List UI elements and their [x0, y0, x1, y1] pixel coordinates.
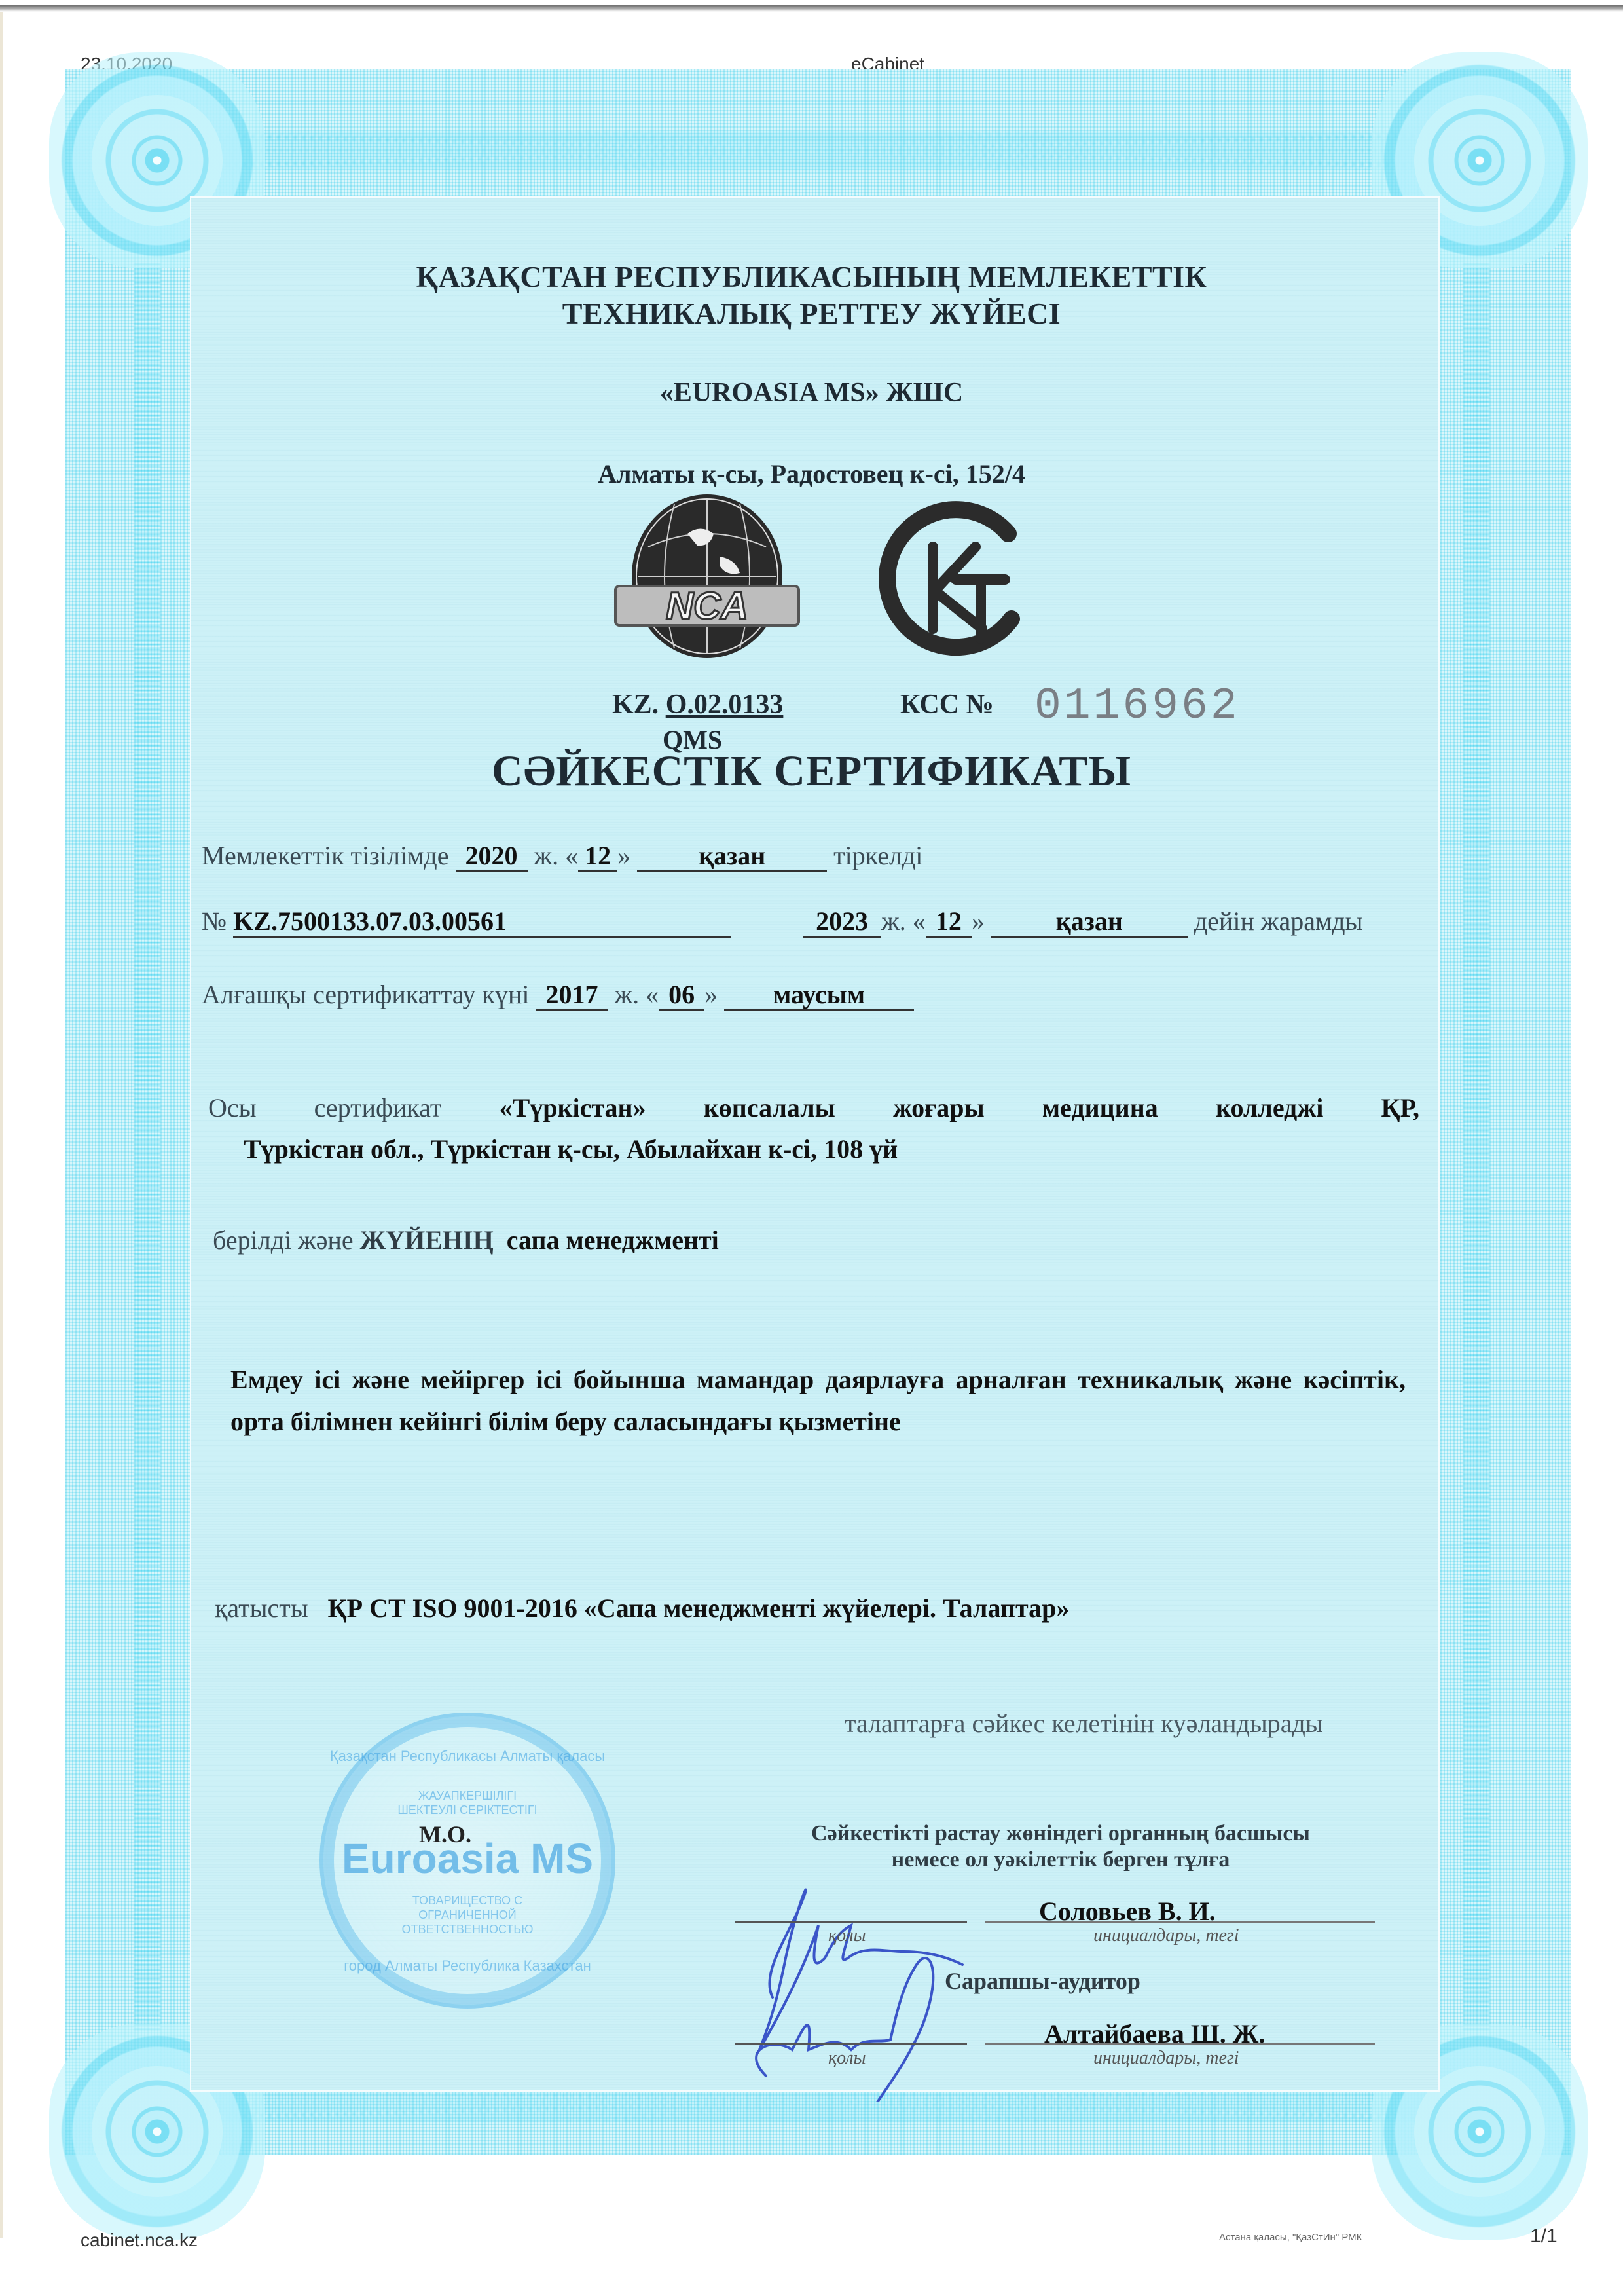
holder-address: Түркістан обл., Түркістан қ-сы, Абылайха… [244, 1128, 898, 1170]
auditor-title: Сарапшы-аудитор [945, 1968, 1140, 1994]
signature-caption: қолы [828, 1925, 866, 1946]
footer-printer: Астана қаласы, "ҚазСтИн" РМК [1219, 2232, 1362, 2243]
stamp-kz-text: ЖАУАПКЕРШІЛІГІ ШЕКТЕУЛІ СЕРІКТЕСТІГІ [323, 1788, 611, 1817]
registration-year: 2020 [456, 843, 528, 872]
name-caption: инициалдары, тегі [1093, 2048, 1239, 2069]
validity-year: 2023 [803, 908, 881, 938]
conformity-statement: талаптарға сәйкес келетінін куәландырады [845, 1708, 1323, 1739]
standard-intro: қатысты [215, 1593, 308, 1623]
day-suffix: » [617, 841, 630, 870]
signature-line [735, 2043, 967, 2045]
auditor-name: Алтайбаева Ш. Ж. [1044, 2018, 1265, 2049]
system-title: ҚАЗАҚСТАН РЕСПУБЛИКАСЫНЫҢ МЕМЛЕКЕТТІК ТЕ… [0, 259, 1623, 332]
holder-name: «Түркістан» көпсалалы жоғары медицина ко… [500, 1093, 1419, 1122]
page-indicator: 1/1 [1530, 2225, 1558, 2248]
validity-month: қазан [991, 908, 1188, 938]
certificate-title: СӘЙКЕСТІК СЕРТИФИКАТЫ [0, 747, 1623, 796]
system-intro: берілді және [213, 1225, 354, 1255]
signature-line [735, 1921, 967, 1923]
stamp-ring-bottom: город Алматы Республика Казахстан [323, 1959, 611, 1973]
first-certification-day: 06 [659, 982, 704, 1011]
system-title-line2: ТЕХНИКАЛЫҚ РЕТТЕУ ЖҮЙЕСІ [0, 295, 1623, 332]
kst-conformity-mark-icon [871, 498, 1041, 661]
first-certification-year: 2017 [536, 982, 608, 1011]
svg-text:NCA: NCA [666, 585, 748, 627]
nca-globe-logo-icon: NCA [609, 494, 805, 665]
year-suffix: ж. « [534, 841, 579, 870]
issuing-organization: «EUROASIA MS» ЖШС [0, 377, 1623, 409]
certificate-number: KZ.7500133.07.03.00561 [233, 908, 731, 938]
validity-line: № KZ.7500133.07.03.00561 2023ж. «12» қаз… [202, 906, 1363, 938]
day-suffix: » [972, 906, 985, 936]
signature-caption: қолы [828, 2048, 866, 2069]
registration-tail: тіркелді [833, 841, 922, 870]
registration-line: Мемлекеттік тізілімде 2020 ж. «12» қазан… [202, 840, 922, 872]
number-label: № [202, 906, 227, 936]
scan-top-edge [0, 5, 1623, 12]
year-suffix: ж. « [614, 980, 659, 1009]
validity-tail: дейін жарамды [1194, 906, 1363, 936]
stamp-ru-text: ТОВАРИЩЕСТВО С ОГРАНИЧЕННОЙ ОТВЕТСТВЕННО… [323, 1893, 611, 1936]
system-name: сапа менеджменті [507, 1225, 719, 1255]
organization-address: Алматы қ-сы, Радостовец к-сі, 152/4 [0, 458, 1623, 489]
company-stamp: Қазақстан Республикасы Алматы қаласы ЖАУ… [319, 1713, 615, 2009]
scan-left-edge [0, 12, 3, 2238]
stamp-place-label: М.О. [419, 1821, 471, 1848]
border-band-right [1463, 262, 1489, 2030]
first-certification-line: Алғашқы сертификаттау күні 2017 ж. «06» … [202, 979, 914, 1011]
stamp-ring-top: Қазақстан Республикасы Алматы қаласы [323, 1749, 611, 1764]
year-suffix: ж. « [881, 906, 926, 936]
system-title-line1: ҚАЗАҚСТАН РЕСПУБЛИКАСЫНЫҢ МЕМЛЕКЕТТІК [0, 259, 1623, 295]
system-word: ЖҮЙЕНІҢ [360, 1225, 494, 1255]
first-certification-label: Алғашқы сертификаттау күні [202, 980, 529, 1009]
border-band-top [183, 131, 1440, 170]
system-line: берілді және ЖҮЙЕНІҢ сапа менеджменті [213, 1225, 719, 1255]
registration-month: қазан [637, 843, 827, 872]
serial-number: 0116962 [1034, 681, 1240, 731]
border-band-left [134, 262, 160, 2030]
validity-day: 12 [926, 908, 972, 938]
day-suffix: » [704, 980, 718, 1009]
standard-line: қатысты ҚР СТ ISO 9001-2016 «Сапа менедж… [215, 1593, 1069, 1623]
head-title-line1: Сәйкестікті растау жөніндегі органның ба… [733, 1821, 1388, 1847]
first-certification-month: маусым [724, 982, 914, 1011]
holder-intro: Осы сертификат [208, 1093, 441, 1122]
kss-label: КСС № [900, 689, 994, 720]
accreditation-line: KZ. О.02.0133 [612, 689, 783, 720]
holder-line1: Осы сертификат «Түркістан» көпсалалы жоғ… [208, 1087, 1419, 1129]
accreditation-prefix: KZ. [612, 690, 659, 720]
registration-day: 12 [578, 843, 617, 872]
standard-name: ҚР СТ ISO 9001-2016 «Сапа менеджменті жү… [328, 1593, 1070, 1623]
head-signatory-name: Соловьев В. И. [1039, 1896, 1216, 1927]
registration-label: Мемлекеттік тізілімде [202, 841, 449, 870]
name-caption: инициалдары, тегі [1093, 1925, 1239, 1946]
accreditation-number: О.02.0133 [666, 690, 784, 720]
footer-site: cabinet.nca.kz [81, 2230, 198, 2251]
activity-scope: Емдеу ісі және мейіргер ісі бойынша мама… [230, 1359, 1406, 1443]
